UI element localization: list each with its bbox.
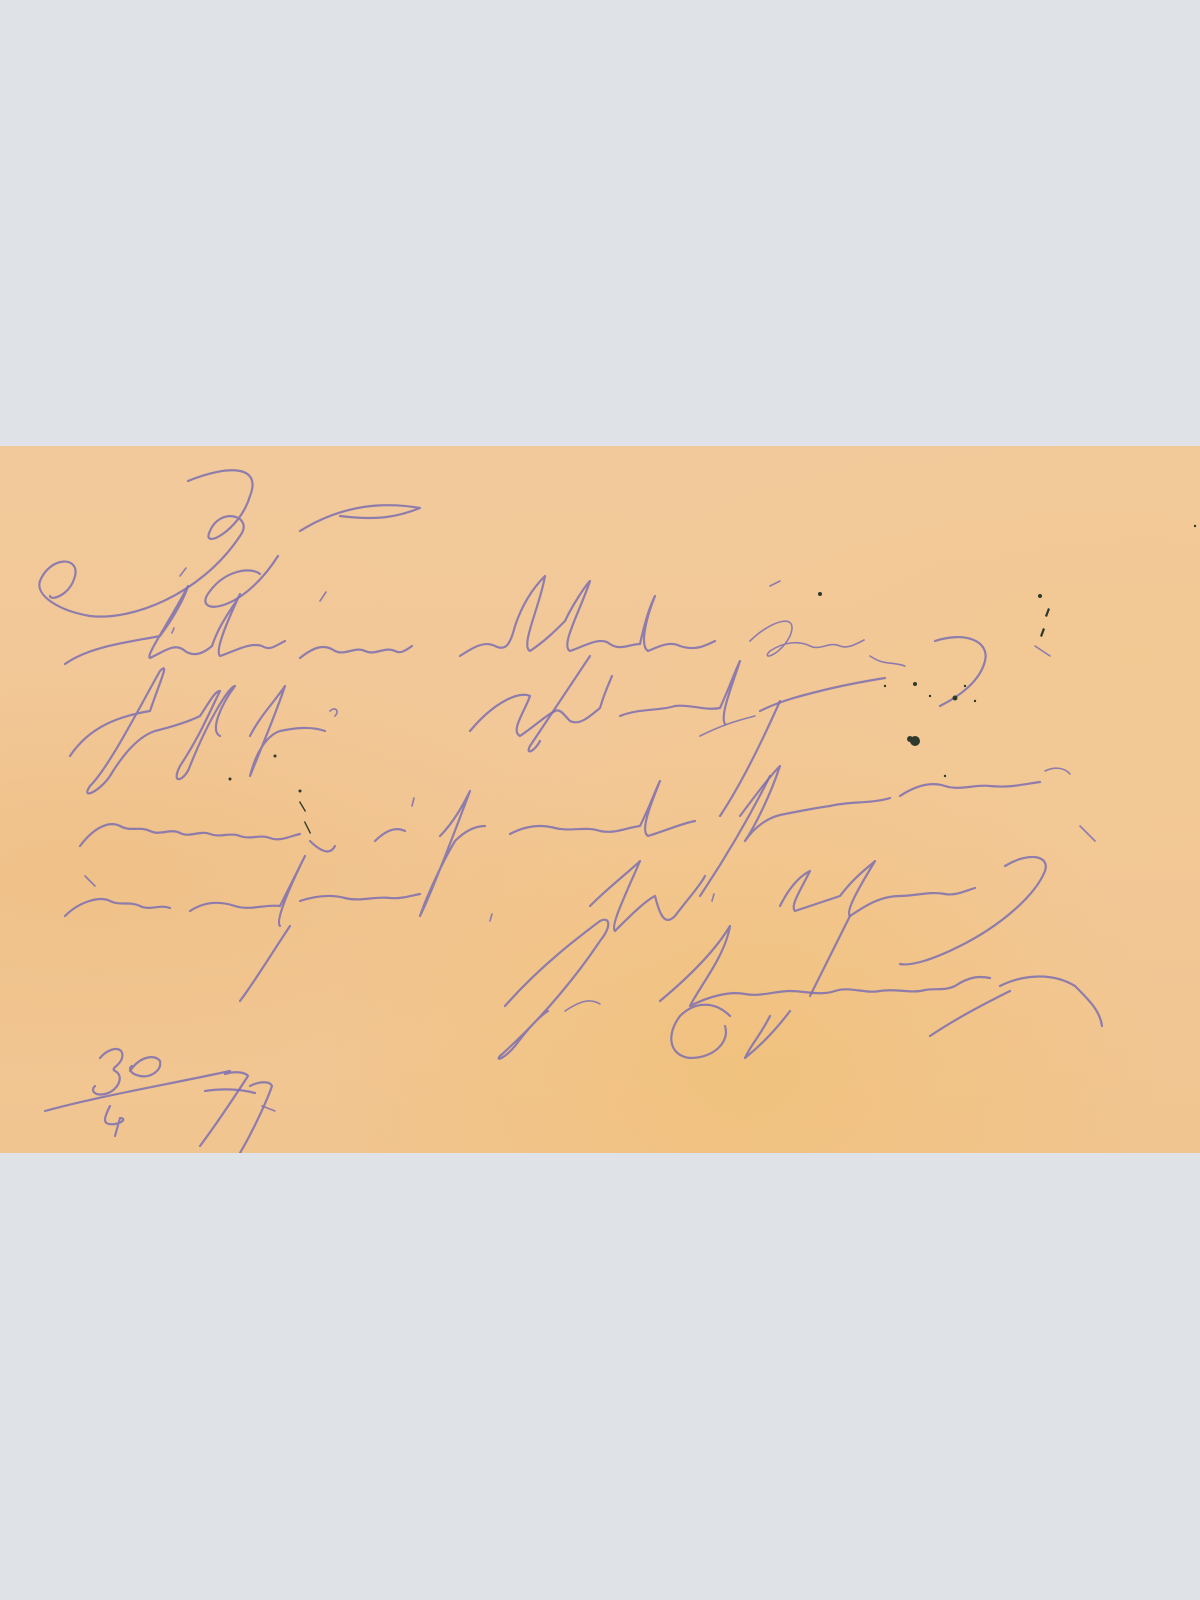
date-strokes xyxy=(45,1049,275,1153)
ink-specks xyxy=(229,525,1197,834)
postcard: P. T. Bitte den allfälligen Über- schuß … xyxy=(0,446,1200,1153)
handwriting-layer xyxy=(0,446,1200,1153)
text-line-1-strokes xyxy=(65,576,1050,751)
text-line-2-strokes xyxy=(70,637,986,816)
salutation-strokes xyxy=(39,470,420,616)
text-line-4-strokes xyxy=(65,856,1046,1001)
signature-strokes xyxy=(499,920,1102,1059)
